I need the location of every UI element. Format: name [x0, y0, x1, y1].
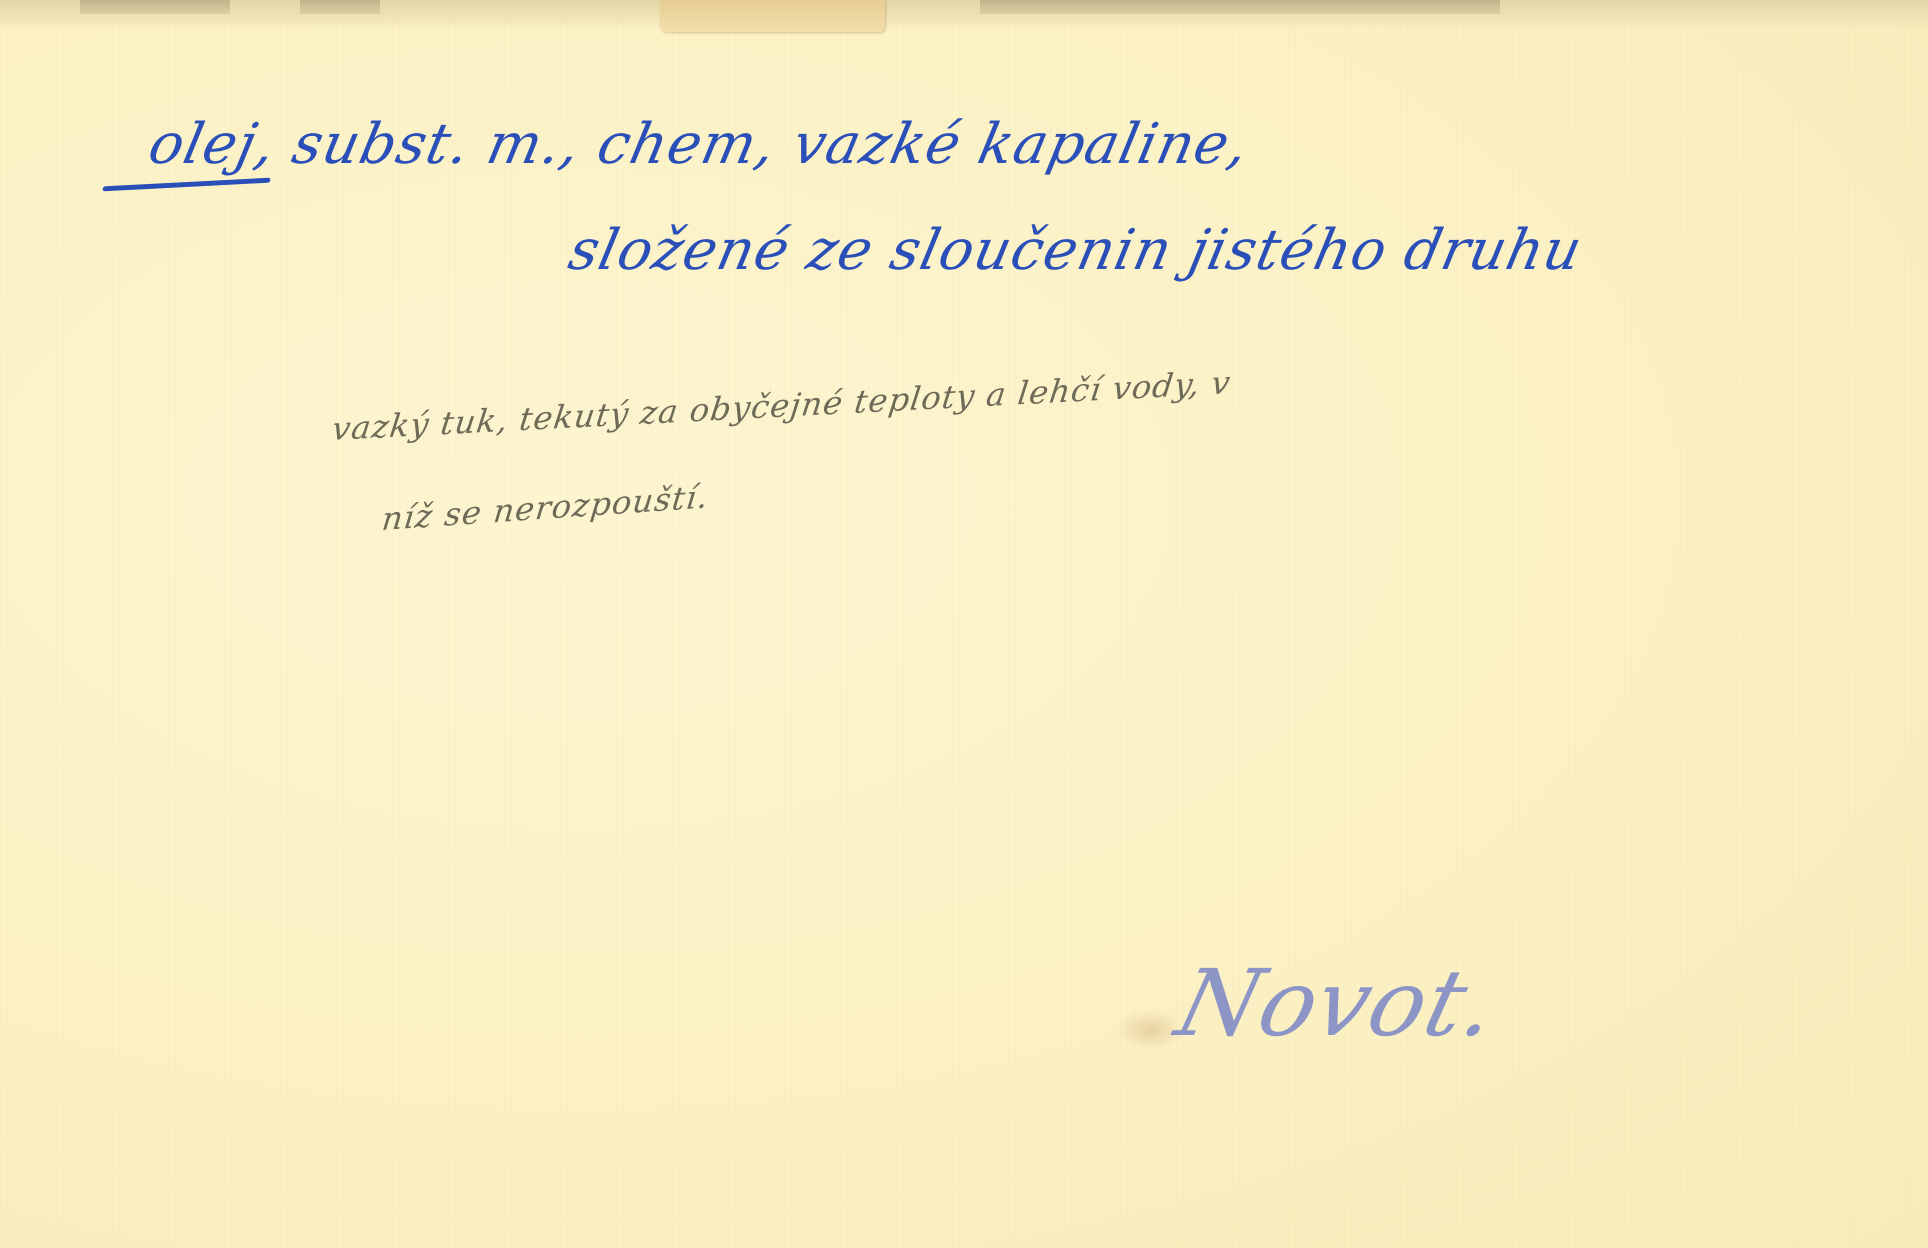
definition-part-1: , subst. m., chem, vazké kapaline, [249, 112, 1254, 177]
handwritten-line-2: složené ze sloučenin jistého druhu [563, 218, 1588, 283]
definition-part-2: složené ze sloučenin jistého druhu [563, 218, 1588, 283]
binding-shadow [80, 0, 230, 14]
signature: Novot. [1167, 950, 1509, 1057]
paper-background [0, 0, 1928, 1248]
top-binding-edge [0, 0, 1928, 30]
handwritten-line-1: olej, subst. m., chem, vazké kapaline, [143, 112, 1255, 177]
binding-shadow [980, 0, 1500, 14]
headword-olej: olej [143, 112, 263, 177]
binding-shadow [300, 0, 380, 14]
paper-tab-flap [660, 0, 885, 32]
signature-text: Novot. [1167, 950, 1509, 1057]
